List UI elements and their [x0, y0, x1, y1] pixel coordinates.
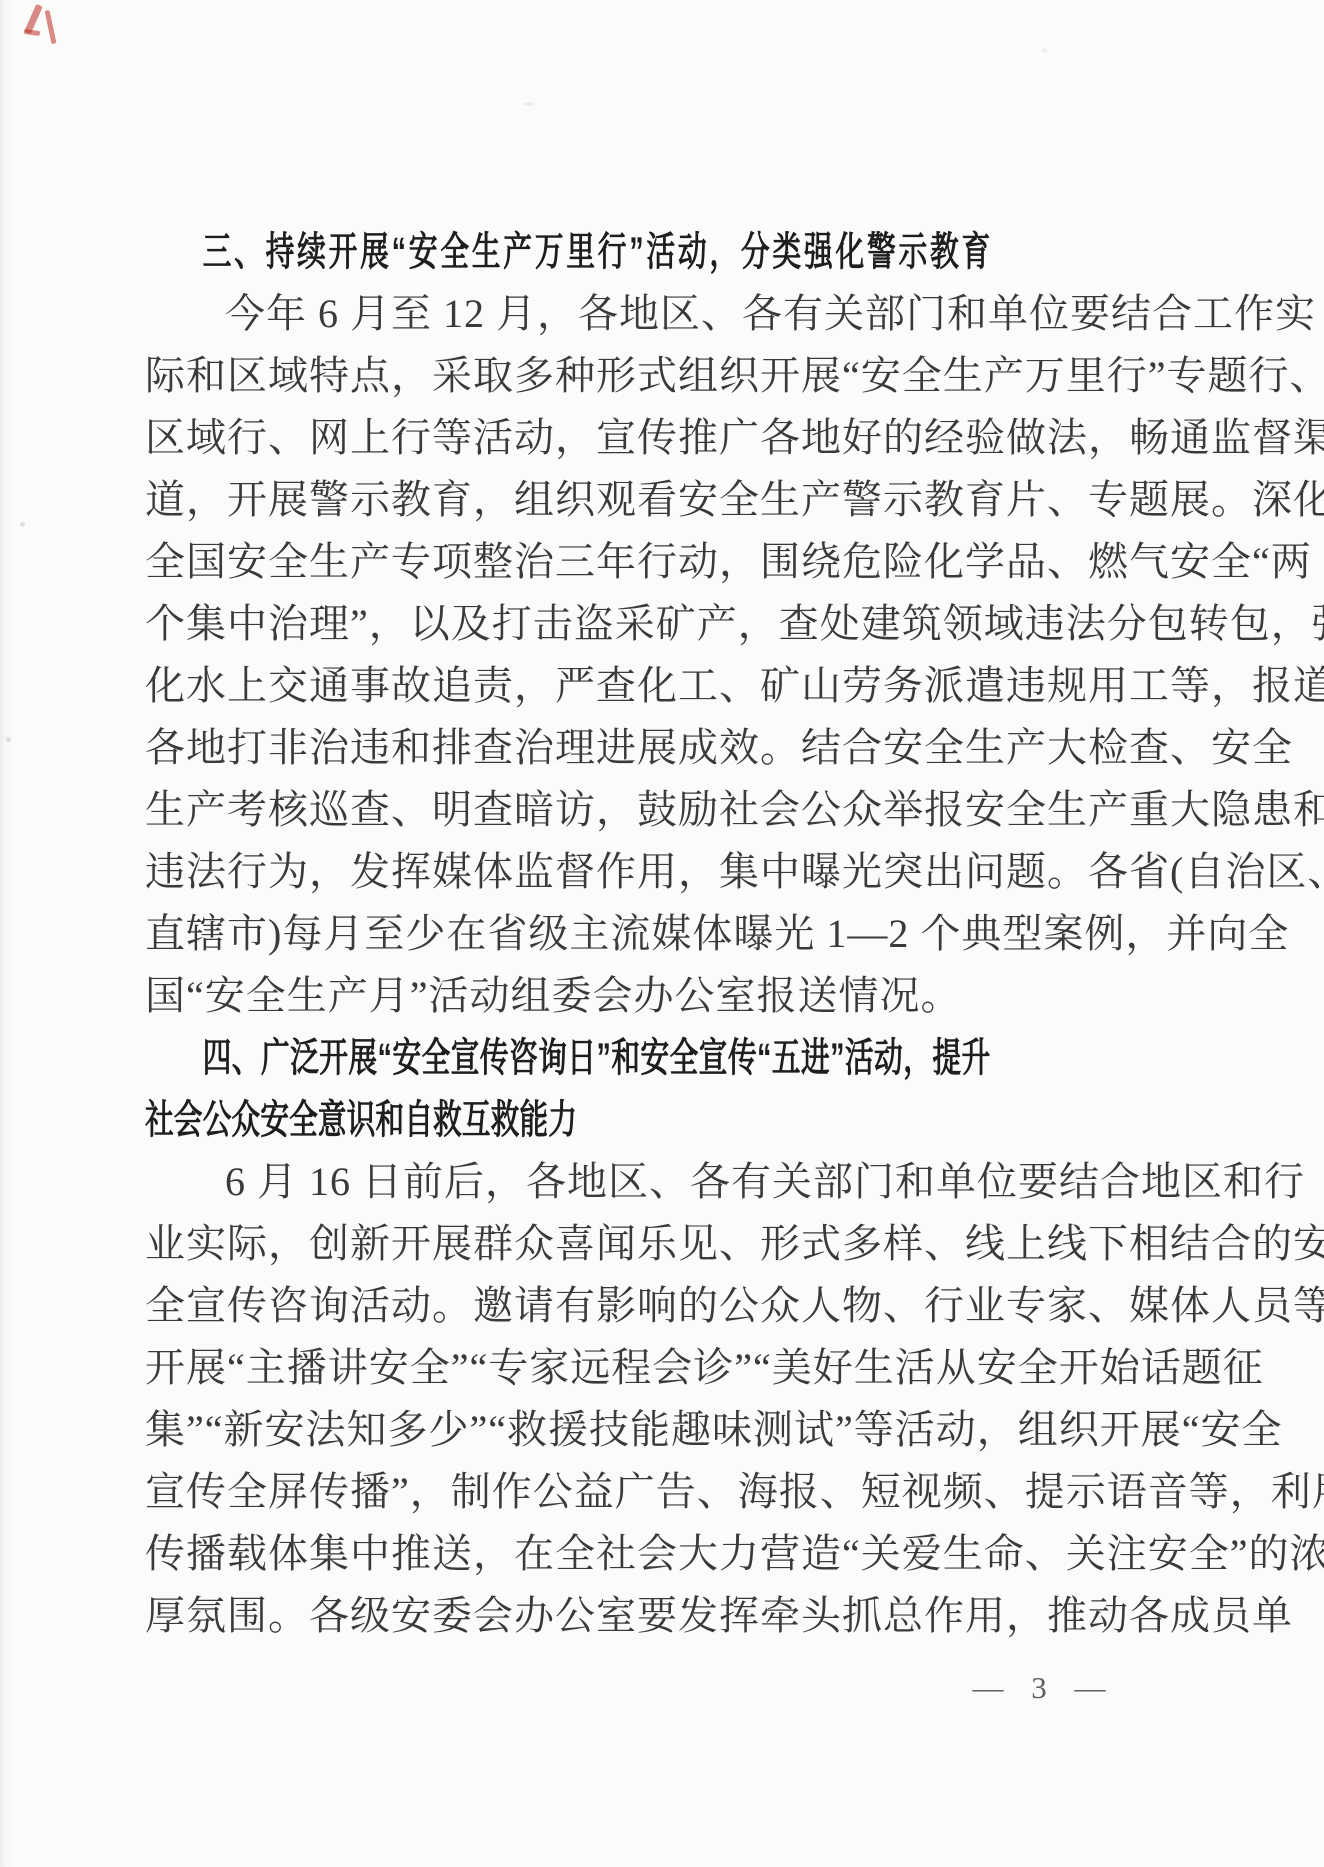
line-text: 生产考核巡查、明查暗访，鼓励社会公众举报安全生产重大隐患和 — [145, 779, 990, 841]
body-line: 区域行、网上行等活动，宣传推广各地好的经验做法，畅通监督渠 — [145, 407, 990, 469]
document-text-block: 三、持续开展“安全生产万里行”活动，分类强化警示教育今年 6 月至 12 月，各… — [145, 221, 990, 1647]
red-pen-mark — [24, 29, 41, 36]
heading-line: 三、持续开展“安全生产万里行”活动，分类强化警示教育 — [145, 221, 990, 283]
scan-speckle — [6, 737, 11, 742]
line-text: 6 月 16 日前后，各地区、各有关部门和单位要结合地区和行 — [145, 1151, 990, 1213]
body-line: 全国安全生产专项整治三年行动，围绕危险化学品、燃气安全“两 — [145, 531, 990, 593]
heading-line: 社会公众安全意识和自救互救能力 — [145, 1089, 990, 1151]
line-text: 传播载体集中推送，在全社会大力营造“关爱生命、关注安全”的浓 — [145, 1523, 990, 1585]
body-line: 直辖市)每月至少在省级主流媒体曝光 1—2 个典型案例，并向全 — [145, 903, 990, 965]
body-line: 各地打非治违和排查治理进展成效。结合安全生产大检查、安全 — [145, 717, 990, 779]
line-text: 开展“主播讲安全”“专家远程会诊”“美好生活从安全开始话题征 — [145, 1337, 990, 1399]
body-line: 宣传全屏传播”，制作公益广告、海报、短视频、提示语音等，利用各 — [145, 1461, 990, 1523]
line-text: 道，开展警示教育，组织观看安全生产警示教育片、专题展。深化 — [145, 469, 990, 531]
page-number: — 3 — — [928, 1658, 1152, 1718]
heading-line: 四、广泛开展“安全宣传咨询日”和安全宣传“五进”活动，提升 — [145, 1027, 990, 1089]
scan-speckle — [20, 522, 25, 527]
document-page: 三、持续开展“安全生产万里行”活动，分类强化警示教育今年 6 月至 12 月，各… — [0, 0, 1324, 1867]
body-line: 业实际，创新开展群众喜闻乐见、形式多样、线上线下相结合的安 — [145, 1213, 990, 1275]
line-text: 宣传全屏传播”，制作公益广告、海报、短视频、提示语音等，利用各 — [145, 1461, 990, 1523]
line-text: 业实际，创新开展群众喜闻乐见、形式多样、线上线下相结合的安 — [145, 1213, 990, 1275]
body-line: 道，开展警示教育，组织观看安全生产警示教育片、专题展。深化 — [145, 469, 990, 531]
body-line: 集”“新安法知多少”“救援技能趣味测试”等活动，组织开展“安全 — [145, 1399, 990, 1461]
line-text: 全宣传咨询活动。邀请有影响的公众人物、行业专家、媒体人员等 — [145, 1275, 990, 1337]
line-text: 违法行为，发挥媒体监督作用，集中曝光突出问题。各省(自治区、 — [145, 841, 990, 903]
line-text: 今年 6 月至 12 月，各地区、各有关部门和单位要结合工作实 — [145, 283, 990, 345]
body-line: 个集中治理”，以及打击盗采矿产，查处建筑领域违法分包转包，强 — [145, 593, 990, 655]
body-line: 国“安全生产月”活动组委会办公室报送情况。 — [145, 965, 990, 1027]
line-text: 化水上交通事故追责，严查化工、矿山劳务派遣违规用工等，报道 — [145, 655, 990, 717]
line-text: 区域行、网上行等活动，宣传推广各地好的经验做法，畅通监督渠 — [145, 407, 990, 469]
body-line: 6 月 16 日前后，各地区、各有关部门和单位要结合地区和行 — [145, 1151, 990, 1213]
line-text: 集”“新安法知多少”“救援技能趣味测试”等活动，组织开展“安全 — [145, 1399, 990, 1461]
body-line: 今年 6 月至 12 月，各地区、各有关部门和单位要结合工作实 — [145, 283, 990, 345]
line-text: 三、持续开展“安全生产万里行”活动，分类强化警示教育 — [145, 221, 990, 283]
body-line: 生产考核巡查、明查暗访，鼓励社会公众举报安全生产重大隐患和 — [145, 779, 990, 841]
body-line: 全宣传咨询活动。邀请有影响的公众人物、行业专家、媒体人员等 — [145, 1275, 990, 1337]
body-line: 违法行为，发挥媒体监督作用，集中曝光突出问题。各省(自治区、 — [145, 841, 990, 903]
line-text: 各地打非治违和排查治理进展成效。结合安全生产大检查、安全 — [145, 717, 990, 779]
body-line: 开展“主播讲安全”“专家远程会诊”“美好生活从安全开始话题征 — [145, 1337, 990, 1399]
line-text: 直辖市)每月至少在省级主流媒体曝光 1—2 个典型案例，并向全 — [145, 903, 990, 965]
line-text: 四、广泛开展“安全宣传咨询日”和安全宣传“五进”活动，提升 — [145, 1027, 990, 1089]
body-line: 传播载体集中推送，在全社会大力营造“关爱生命、关注安全”的浓 — [145, 1523, 990, 1585]
line-text: 国“安全生产月”活动组委会办公室报送情况。 — [145, 965, 990, 1027]
red-pen-mark — [45, 10, 57, 44]
line-text: 厚氛围。各级安委会办公室要发挥牵头抓总作用，推动各成员单 — [145, 1585, 990, 1647]
line-text: 社会公众安全意识和自救互救能力 — [145, 1089, 990, 1151]
body-line: 际和区域特点，采取多种形式组织开展“安全生产万里行”专题行、 — [145, 345, 990, 407]
line-text: 个集中治理”，以及打击盗采矿产，查处建筑领域违法分包转包，强 — [145, 593, 990, 655]
line-text: 际和区域特点，采取多种形式组织开展“安全生产万里行”专题行、 — [145, 345, 990, 407]
body-line: 厚氛围。各级安委会办公室要发挥牵头抓总作用，推动各成员单 — [145, 1585, 990, 1647]
line-text: 全国安全生产专项整治三年行动，围绕危险化学品、燃气安全“两 — [145, 531, 990, 593]
scan-speckle — [1042, 48, 1047, 53]
body-line: 化水上交通事故追责，严查化工、矿山劳务派遣违规用工等，报道 — [145, 655, 990, 717]
scan-speckle — [524, 102, 533, 106]
